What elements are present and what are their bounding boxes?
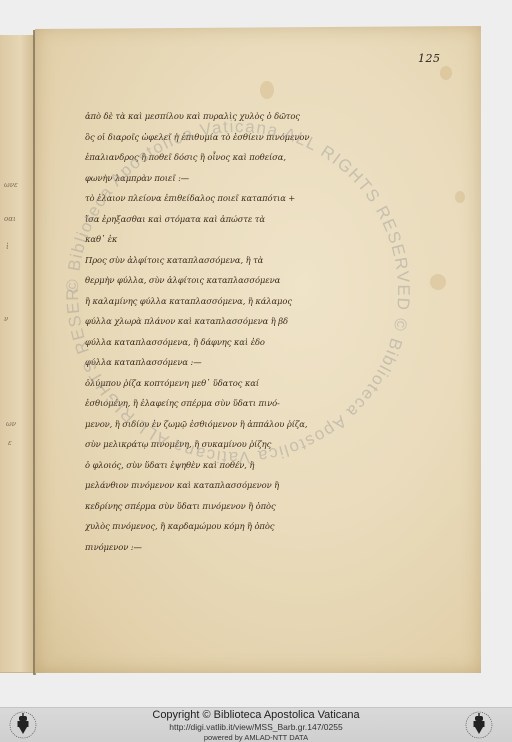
stain [430,274,446,290]
manuscript-line: μελάνθιον πινόμενον καὶ καταπλασσόμενον … [85,475,415,496]
manuscript-line: κεδρίνης σπέρμα σὺν ὕδατι πινόμενον ἢ ὀπ… [85,496,415,517]
left-page-text: ἰ [6,243,9,251]
manuscript-line: σὺν μελικράτῳ πινομένη, ἢ συκαμίνου ῥίζη… [85,434,415,455]
manuscript-line: ἴσα ἐρηξασθαι καὶ στόματα καὶ ἀπώστε τὰ [85,209,415,230]
manuscript-line: ἢ καλαμίνης φύλλα καταπλασσόμενα, ἢ κάλα… [85,291,415,312]
left-page-fragment: ωνε οαι ἰ ν ων ε [0,35,34,673]
manuscript-viewer: ωνε οαι ἰ ν ων ε 125 ἀπὸ δὲ τὰ καὶ μεσπί… [0,0,512,707]
manuscript-url[interactable]: http://digi.vatlib.it/view/MSS_Barb.gr.1… [0,722,512,732]
manuscript-line: ὃς οἱ διαροῖς ὠφελεῖ ἡ ἐπιθυμία τὸ ἐσθίε… [85,127,415,148]
manuscript-line: χυλὸς πινόμενος, ἢ καρδαμώμου κόμη ἢ ὀπὸ… [85,516,415,537]
copyright-footer: Copyright © Biblioteca Apostolica Vatica… [0,707,512,742]
manuscript-line: ἐσθιομένη, ἢ ἐλαφείης σπέρμα σὺν ὕδατι π… [85,393,415,414]
manuscript-line: φύλλα χλωρὰ πλάνον καὶ καταπλασσόμενα ἢ … [85,311,415,332]
vatican-library-seal-icon [462,710,496,742]
manuscript-line: τὸ ἐλαιον πλείονα ἐπιθείδαλος ποιεῖ κατα… [85,188,415,209]
manuscript-line: φύλλα καταπλασσόμενα :— [85,352,415,373]
left-page-text: ν [4,315,8,323]
manuscript-line: μενον, ἢ σιδίου ἐν ζωμῷ ἐσθιόμενον ἢ ἀππ… [85,414,415,435]
manuscript-line: φωνὴν λαμπρὰν ποιεῖ :— [85,168,415,189]
manuscript-line: ἀπὸ δὲ τὰ καὶ μεσπίλου καὶ πυραλὶς χυλὸς… [85,106,415,127]
manuscript-line: φύλλα καταπλασσόμενα, ἢ δάφνης καὶ ἐδο [85,332,415,353]
folio-number: 125 [418,52,441,65]
manuscript-line: ὁ φλοιός, σὺν ὕδατι ἑψηθὲν καὶ ποθέν, ἢ [85,455,415,476]
left-page-text: οαι [4,215,16,223]
manuscript-text: ἀπὸ δὲ τὰ καὶ μεσπίλου καὶ πυραλὶς χυλὸς… [85,106,415,557]
stain [260,81,274,99]
manuscript-line: θερμὴν φύλλα, σὺν ἀλφίτοις καταπλασσόμεν… [85,270,415,291]
left-page-text: ων [6,420,16,428]
manuscript-line: Προς σὺν ἀλφίτοις καταπλασσόμενα, ἢ τὰ [85,250,415,271]
left-page-text: ε [8,439,12,447]
manuscript-page: 125 ἀπὸ δὲ τὰ καὶ μεσπίλου καὶ πυραλὶς χ… [35,26,481,673]
left-page-text: ωνε [4,181,18,189]
manuscript-line: ὀλύμπου ῥίζα κοπτόμενη μεθ᾽ ὕδατος καί [85,373,415,394]
stain [455,191,465,203]
stain [440,66,452,80]
powered-by-text: powered by AMLAD-NTT DATA [0,733,512,742]
copyright-text: Copyright © Biblioteca Apostolica Vatica… [0,709,512,721]
manuscript-line: πινόμενον :— [85,537,415,558]
manuscript-line: ἐπαλιανδρος ἢ ποθεῖ δόσις ἢ οἶνος καὶ πο… [85,147,415,168]
manuscript-line: καθ᾽ ἐκ [85,229,415,250]
